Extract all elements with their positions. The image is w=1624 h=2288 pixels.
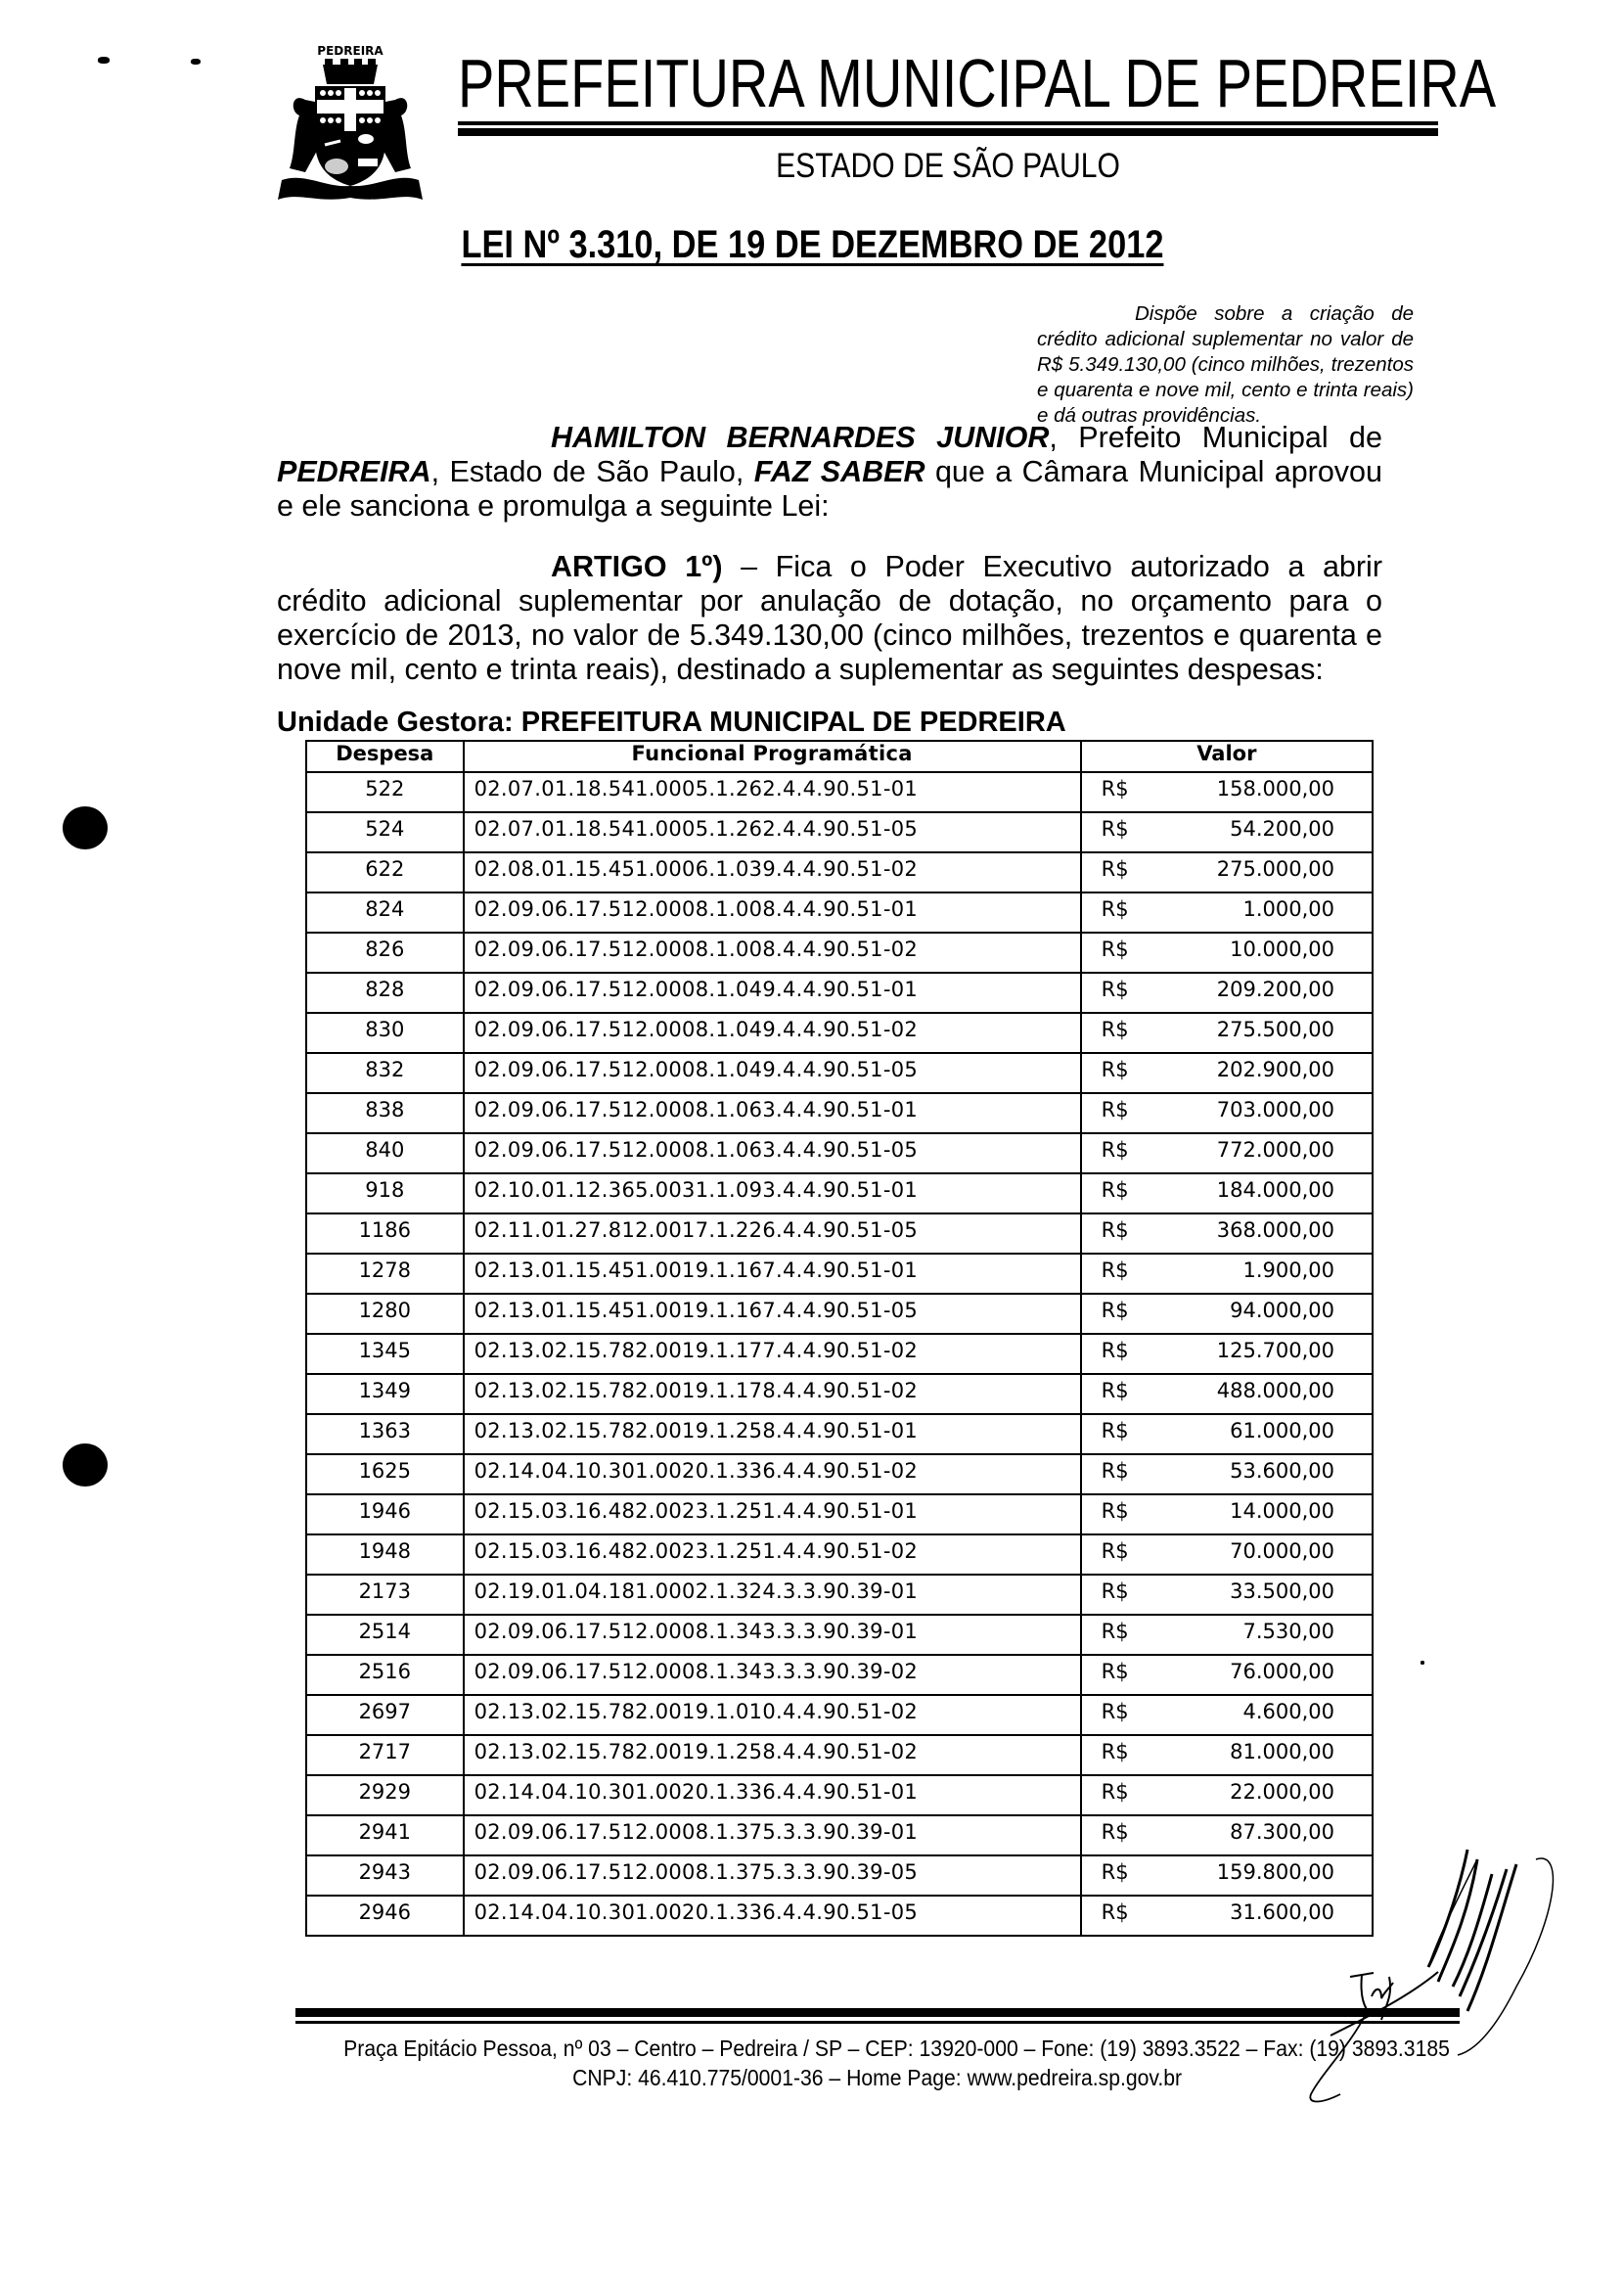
- cell-funcional: 02.10.01.12.365.0031.1.093.4.4.90.51-01: [464, 1173, 1081, 1213]
- amount: 202.900,00: [1217, 1060, 1334, 1080]
- footer-cnpj: CNPJ: 46.410.775/0001-36 – Home Page: ww…: [295, 2065, 1460, 2091]
- cell-despesa: 1345: [306, 1334, 464, 1374]
- amount: 209.200,00: [1217, 980, 1334, 1000]
- article-1-paragraph: ARTIGO 1º) – Fica o Poder Executivo auto…: [277, 550, 1382, 687]
- amount: 1.900,00: [1242, 1260, 1334, 1281]
- table-row: 271702.13.02.15.782.0019.1.258.4.4.90.51…: [306, 1735, 1373, 1775]
- amount: 76.000,00: [1230, 1662, 1334, 1682]
- cell-despesa: 830: [306, 1013, 464, 1053]
- currency-symbol: R$: [1102, 1862, 1129, 1883]
- cell-funcional: 02.15.03.16.482.0023.1.251.4.4.90.51-02: [464, 1534, 1081, 1575]
- cell-funcional: 02.13.02.15.782.0019.1.177.4.4.90.51-02: [464, 1334, 1081, 1374]
- table-row: 294302.09.06.17.512.0008.1.375.3.3.90.39…: [306, 1855, 1373, 1896]
- currency-symbol: R$: [1102, 1301, 1129, 1321]
- currency-symbol: R$: [1102, 980, 1129, 1000]
- amount: 1.000,00: [1242, 899, 1334, 920]
- cell-funcional: 02.07.01.18.541.0005.1.262.4.4.90.51-05: [464, 812, 1081, 852]
- table-row: 82802.09.06.17.512.0008.1.049.4.4.90.51-…: [306, 973, 1373, 1013]
- cell-valor: R$1.000,00: [1081, 892, 1373, 933]
- cell-funcional: 02.13.02.15.782.0019.1.258.4.4.90.51-02: [464, 1735, 1081, 1775]
- footer-rule-thin: [295, 2021, 1460, 2024]
- scan-speck: [191, 59, 201, 65]
- table-row: 251402.09.06.17.512.0008.1.343.3.3.90.39…: [306, 1615, 1373, 1655]
- cell-despesa: 622: [306, 852, 464, 892]
- cell-valor: R$772.000,00: [1081, 1133, 1373, 1173]
- currency-symbol: R$: [1102, 1060, 1129, 1080]
- cell-funcional: 02.13.01.15.451.0019.1.167.4.4.90.51-01: [464, 1254, 1081, 1294]
- amount: 61.000,00: [1230, 1421, 1334, 1441]
- cell-funcional: 02.08.01.15.451.0006.1.039.4.4.90.51-02: [464, 852, 1081, 892]
- amount: 70.000,00: [1230, 1541, 1334, 1562]
- cell-funcional: 02.09.06.17.512.0008.1.343.3.3.90.39-02: [464, 1655, 1081, 1695]
- cell-despesa: 2943: [306, 1855, 464, 1896]
- budget-table: Despesa Funcional Programática Valor 522…: [305, 740, 1374, 1937]
- cell-despesa: 826: [306, 933, 464, 973]
- amount: 14.000,00: [1230, 1501, 1334, 1522]
- cell-valor: R$209.200,00: [1081, 973, 1373, 1013]
- amount: 125.700,00: [1217, 1341, 1334, 1361]
- cell-valor: R$31.600,00: [1081, 1896, 1373, 1936]
- currency-symbol: R$: [1102, 1461, 1129, 1482]
- ementa-text: Dispõe sobre a criação de crédito adicio…: [1037, 301, 1414, 429]
- cell-valor: R$54.200,00: [1081, 812, 1373, 852]
- cell-valor: R$87.300,00: [1081, 1815, 1373, 1855]
- cell-funcional: 02.13.02.15.782.0019.1.010.4.4.90.51-02: [464, 1695, 1081, 1735]
- cell-valor: R$488.000,00: [1081, 1374, 1373, 1414]
- amount: 772.000,00: [1217, 1140, 1334, 1161]
- cell-valor: R$275.000,00: [1081, 852, 1373, 892]
- amount: 53.600,00: [1230, 1461, 1334, 1482]
- table-row: 83202.09.06.17.512.0008.1.049.4.4.90.51-…: [306, 1053, 1373, 1093]
- ementa: Dispõe sobre a criação de crédito adicio…: [1037, 301, 1414, 429]
- currency-symbol: R$: [1102, 1782, 1129, 1803]
- currency-symbol: R$: [1102, 899, 1129, 920]
- scan-speck: [1421, 1661, 1424, 1665]
- amount: 94.000,00: [1230, 1301, 1334, 1321]
- amount: 158.000,00: [1217, 779, 1334, 800]
- currency-symbol: R$: [1102, 859, 1129, 880]
- preamble-paragraph: HAMILTON BERNARDES JUNIOR, Prefeito Muni…: [277, 421, 1382, 524]
- table-row: 52202.07.01.18.541.0005.1.262.4.4.90.51-…: [306, 772, 1373, 812]
- cell-funcional: 02.13.02.15.782.0019.1.258.4.4.90.51-01: [464, 1414, 1081, 1454]
- currency-symbol: R$: [1102, 1581, 1129, 1602]
- table-row: 83002.09.06.17.512.0008.1.049.4.4.90.51-…: [306, 1013, 1373, 1053]
- table-row: 128002.13.01.15.451.0019.1.167.4.4.90.51…: [306, 1294, 1373, 1334]
- cell-valor: R$275.500,00: [1081, 1013, 1373, 1053]
- amount: 4.600,00: [1242, 1702, 1334, 1722]
- footer-address-text: Praça Epitácio Pessoa, nº 03 – Centro – …: [343, 2036, 1450, 2062]
- currency-symbol: R$: [1102, 1822, 1129, 1843]
- table-body: 52202.07.01.18.541.0005.1.262.4.4.90.51-…: [306, 772, 1373, 1936]
- cell-funcional: 02.07.01.18.541.0005.1.262.4.4.90.51-01: [464, 772, 1081, 812]
- cell-despesa: 832: [306, 1053, 464, 1093]
- cell-valor: R$4.600,00: [1081, 1695, 1373, 1735]
- table-row: 194602.15.03.16.482.0023.1.251.4.4.90.51…: [306, 1494, 1373, 1534]
- unit-label: Unidade Gestora: PREFEITURA MUNICIPAL DE…: [277, 707, 1066, 739]
- currency-symbol: R$: [1102, 1020, 1129, 1040]
- table-row: 134502.13.02.15.782.0019.1.177.4.4.90.51…: [306, 1334, 1373, 1374]
- cell-valor: R$70.000,00: [1081, 1534, 1373, 1575]
- cell-despesa: 828: [306, 973, 464, 1013]
- header-rule-thick: [458, 128, 1438, 136]
- currency-symbol: R$: [1102, 1742, 1129, 1762]
- currency-symbol: R$: [1102, 819, 1129, 840]
- cell-funcional: 02.14.04.10.301.0020.1.336.4.4.90.51-05: [464, 1896, 1081, 1936]
- cell-valor: R$368.000,00: [1081, 1213, 1373, 1254]
- preamble-text: , Estado de São Paulo,: [431, 455, 754, 488]
- cell-valor: R$184.000,00: [1081, 1173, 1373, 1213]
- table-header-row: Despesa Funcional Programática Valor: [306, 741, 1373, 772]
- amount: 33.500,00: [1230, 1581, 1334, 1602]
- state-subtitle: ESTADO DE SÃO PAULO: [526, 147, 1370, 186]
- currency-symbol: R$: [1102, 939, 1129, 960]
- amount: 81.000,00: [1230, 1742, 1334, 1762]
- currency-symbol: R$: [1102, 1341, 1129, 1361]
- cell-valor: R$81.000,00: [1081, 1735, 1373, 1775]
- amount: 159.800,00: [1217, 1862, 1334, 1883]
- cell-funcional: 02.09.06.17.512.0008.1.063.4.4.90.51-01: [464, 1093, 1081, 1133]
- cell-valor: R$7.530,00: [1081, 1615, 1373, 1655]
- cell-valor: R$202.900,00: [1081, 1053, 1373, 1093]
- cell-despesa: 1625: [306, 1454, 464, 1494]
- punch-hole: [63, 1443, 108, 1487]
- cell-valor: R$1.900,00: [1081, 1254, 1373, 1294]
- table-row: 217302.19.01.04.181.0002.1.324.3.3.90.39…: [306, 1575, 1373, 1615]
- currency-symbol: R$: [1102, 1220, 1129, 1241]
- cell-valor: R$76.000,00: [1081, 1655, 1373, 1695]
- cell-valor: R$10.000,00: [1081, 933, 1373, 973]
- currency-symbol: R$: [1102, 1140, 1129, 1161]
- cell-despesa: 2946: [306, 1896, 464, 1936]
- header-valor: Valor: [1081, 741, 1373, 772]
- cell-funcional: 02.19.01.04.181.0002.1.324.3.3.90.39-01: [464, 1575, 1081, 1615]
- cell-despesa: 838: [306, 1093, 464, 1133]
- cell-valor: R$125.700,00: [1081, 1334, 1373, 1374]
- currency-symbol: R$: [1102, 1100, 1129, 1121]
- table-row: 251602.09.06.17.512.0008.1.343.3.3.90.39…: [306, 1655, 1373, 1695]
- cell-valor: R$158.000,00: [1081, 772, 1373, 812]
- institution-title: PREFEITURA MUNICIPAL DE PEDREIRA: [458, 49, 1496, 117]
- cell-funcional: 02.14.04.10.301.0020.1.336.4.4.90.51-01: [464, 1775, 1081, 1815]
- city-name: PEDREIRA: [277, 455, 431, 488]
- currency-symbol: R$: [1102, 1421, 1129, 1441]
- cell-despesa: 2173: [306, 1575, 464, 1615]
- cell-funcional: 02.09.06.17.512.0008.1.375.3.3.90.39-01: [464, 1815, 1081, 1855]
- table-row: 294102.09.06.17.512.0008.1.375.3.3.90.39…: [306, 1815, 1373, 1855]
- law-title-text: LEI Nº 3.310, DE 19 DE DEZEMBRO DE 2012: [461, 223, 1163, 267]
- cell-valor: R$94.000,00: [1081, 1294, 1373, 1334]
- header-funcional: Funcional Programática: [464, 741, 1081, 772]
- cell-valor: R$53.600,00: [1081, 1454, 1373, 1494]
- cell-funcional: 02.13.01.15.451.0019.1.167.4.4.90.51-05: [464, 1294, 1081, 1334]
- header-rule-thin: [458, 121, 1438, 125]
- table-row: 127802.13.01.15.451.0019.1.167.4.4.90.51…: [306, 1254, 1373, 1294]
- faz-saber: FAZ SABER: [754, 455, 925, 488]
- cell-despesa: 1349: [306, 1374, 464, 1414]
- cell-valor: R$61.000,00: [1081, 1414, 1373, 1454]
- table-row: 136302.13.02.15.782.0019.1.258.4.4.90.51…: [306, 1414, 1373, 1454]
- cell-funcional: 02.09.06.17.512.0008.1.008.4.4.90.51-01: [464, 892, 1081, 933]
- cell-funcional: 02.13.02.15.782.0019.1.178.4.4.90.51-02: [464, 1374, 1081, 1414]
- amount: 488.000,00: [1217, 1381, 1334, 1401]
- amount: 275.000,00: [1217, 859, 1334, 880]
- table-row: 82602.09.06.17.512.0008.1.008.4.4.90.51-…: [306, 933, 1373, 973]
- cell-despesa: 1280: [306, 1294, 464, 1334]
- cell-despesa: 1278: [306, 1254, 464, 1294]
- article-text: – Fica o Poder Executivo autorizado a ab…: [277, 550, 1382, 686]
- scan-speck: [98, 57, 110, 64]
- cell-despesa: 840: [306, 1133, 464, 1173]
- currency-symbol: R$: [1102, 1702, 1129, 1722]
- currency-symbol: R$: [1102, 1622, 1129, 1642]
- currency-symbol: R$: [1102, 1662, 1129, 1682]
- currency-symbol: R$: [1102, 1260, 1129, 1281]
- cell-despesa: 1948: [306, 1534, 464, 1575]
- cell-funcional: 02.09.06.17.512.0008.1.063.4.4.90.51-05: [464, 1133, 1081, 1173]
- cell-despesa: 2514: [306, 1615, 464, 1655]
- cell-despesa: 1946: [306, 1494, 464, 1534]
- footer-cnpj-text: CNPJ: 46.410.775/0001-36 – Home Page: ww…: [572, 2065, 1182, 2091]
- cell-despesa: 522: [306, 772, 464, 812]
- table-row: 162502.14.04.10.301.0020.1.336.4.4.90.51…: [306, 1454, 1373, 1494]
- table-row: 91802.10.01.12.365.0031.1.093.4.4.90.51-…: [306, 1173, 1373, 1213]
- table-row: 84002.09.06.17.512.0008.1.063.4.4.90.51-…: [306, 1133, 1373, 1173]
- table-row: 294602.14.04.10.301.0020.1.336.4.4.90.51…: [306, 1896, 1373, 1936]
- currency-symbol: R$: [1102, 779, 1129, 800]
- cell-funcional: 02.15.03.16.482.0023.1.251.4.4.90.51-01: [464, 1494, 1081, 1534]
- cell-funcional: 02.09.06.17.512.0008.1.008.4.4.90.51-02: [464, 933, 1081, 973]
- currency-symbol: R$: [1102, 1180, 1129, 1201]
- cell-despesa: 1363: [306, 1414, 464, 1454]
- table-row: 134902.13.02.15.782.0019.1.178.4.4.90.51…: [306, 1374, 1373, 1414]
- cell-funcional: 02.09.06.17.512.0008.1.049.4.4.90.51-01: [464, 973, 1081, 1013]
- table-row: 62202.08.01.15.451.0006.1.039.4.4.90.51-…: [306, 852, 1373, 892]
- table-row: 269702.13.02.15.782.0019.1.010.4.4.90.51…: [306, 1695, 1373, 1735]
- cell-funcional: 02.09.06.17.512.0008.1.375.3.3.90.39-05: [464, 1855, 1081, 1896]
- coat-of-arms-icon: PEDREIRA: [276, 43, 425, 204]
- cell-funcional: 02.09.06.17.512.0008.1.049.4.4.90.51-02: [464, 1013, 1081, 1053]
- punch-hole: [63, 806, 108, 849]
- mayor-name: HAMILTON BERNARDES JUNIOR: [551, 421, 1049, 454]
- amount: 275.500,00: [1217, 1020, 1334, 1040]
- header-despesa: Despesa: [306, 741, 464, 772]
- cell-valor: R$703.000,00: [1081, 1093, 1373, 1133]
- footer-rule-thick: [295, 2008, 1460, 2017]
- amount: 703.000,00: [1217, 1100, 1334, 1121]
- amount: 368.000,00: [1217, 1220, 1334, 1241]
- cell-despesa: 2717: [306, 1735, 464, 1775]
- cell-funcional: 02.11.01.27.812.0017.1.226.4.4.90.51-05: [464, 1213, 1081, 1254]
- amount: 184.000,00: [1217, 1180, 1334, 1201]
- cell-despesa: 2941: [306, 1815, 464, 1855]
- amount: 31.600,00: [1230, 1902, 1334, 1923]
- table-row: 82402.09.06.17.512.0008.1.008.4.4.90.51-…: [306, 892, 1373, 933]
- cell-despesa: 1186: [306, 1213, 464, 1254]
- law-title: LEI Nº 3.310, DE 19 DE DEZEMBRO DE 2012: [0, 223, 1624, 267]
- cell-funcional: 02.09.06.17.512.0008.1.049.4.4.90.51-05: [464, 1053, 1081, 1093]
- amount: 7.530,00: [1242, 1622, 1334, 1642]
- amount: 10.000,00: [1230, 939, 1334, 960]
- table-row: 292902.14.04.10.301.0020.1.336.4.4.90.51…: [306, 1775, 1373, 1815]
- cell-valor: R$159.800,00: [1081, 1855, 1373, 1896]
- cell-despesa: 524: [306, 812, 464, 852]
- amount: 87.300,00: [1230, 1822, 1334, 1843]
- cell-despesa: 2929: [306, 1775, 464, 1815]
- currency-symbol: R$: [1102, 1902, 1129, 1923]
- amount: 54.200,00: [1230, 819, 1334, 840]
- table-row: 52402.07.01.18.541.0005.1.262.4.4.90.51-…: [306, 812, 1373, 852]
- currency-symbol: R$: [1102, 1381, 1129, 1401]
- table-row: 118602.11.01.27.812.0017.1.226.4.4.90.51…: [306, 1213, 1373, 1254]
- cell-valor: R$33.500,00: [1081, 1575, 1373, 1615]
- currency-symbol: R$: [1102, 1501, 1129, 1522]
- cell-funcional: 02.09.06.17.512.0008.1.343.3.3.90.39-01: [464, 1615, 1081, 1655]
- currency-symbol: R$: [1102, 1541, 1129, 1562]
- table-row: 194802.15.03.16.482.0023.1.251.4.4.90.51…: [306, 1534, 1373, 1575]
- amount: 22.000,00: [1230, 1782, 1334, 1803]
- svg-text:PEDREIRA: PEDREIRA: [317, 44, 383, 58]
- cell-despesa: 824: [306, 892, 464, 933]
- table-row: 83802.09.06.17.512.0008.1.063.4.4.90.51-…: [306, 1093, 1373, 1133]
- cell-funcional: 02.14.04.10.301.0020.1.336.4.4.90.51-02: [464, 1454, 1081, 1494]
- cell-valor: R$14.000,00: [1081, 1494, 1373, 1534]
- cell-valor: R$22.000,00: [1081, 1775, 1373, 1815]
- preamble-text: , Prefeito Municipal de: [1049, 421, 1382, 454]
- article-label: ARTIGO 1º): [551, 550, 722, 583]
- footer-address: Praça Epitácio Pessoa, nº 03 – Centro – …: [295, 2036, 1460, 2062]
- cell-despesa: 2697: [306, 1695, 464, 1735]
- cell-despesa: 2516: [306, 1655, 464, 1695]
- cell-despesa: 918: [306, 1173, 464, 1213]
